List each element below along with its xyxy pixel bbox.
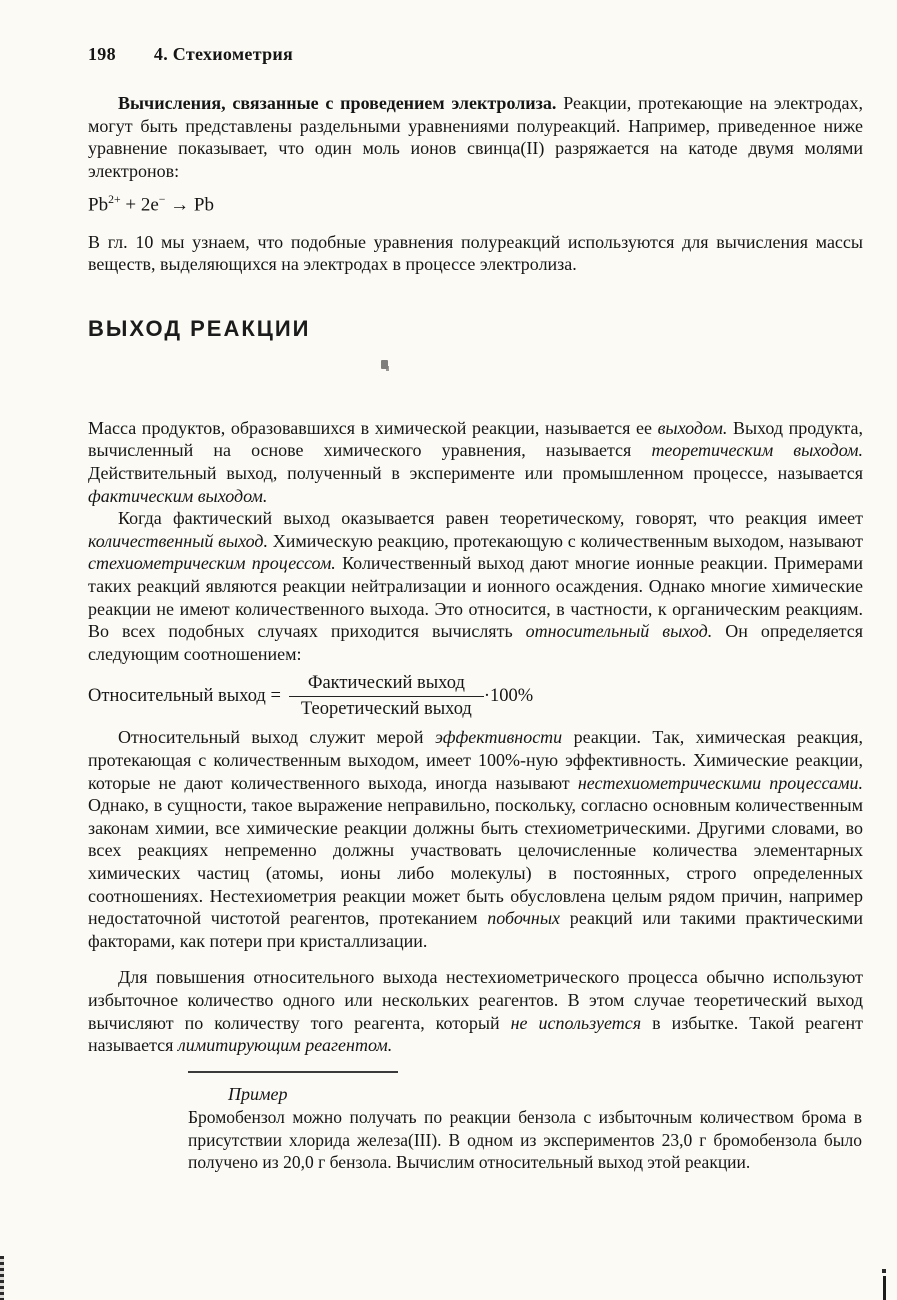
chapter-title: 4. Стехиометрия (154, 44, 293, 64)
page-number: 198 (88, 44, 116, 64)
section-heading-reaction-yield: ВЫХОД РЕАКЦИИ (88, 316, 863, 342)
paragraph-chapter10-note: В гл. 10 мы узнаем, что подобные уравнен… (88, 231, 863, 276)
half-reaction-equation: Pb2+ + 2e− → Pb (88, 187, 863, 218)
scan-artifact-left-edge (0, 1256, 4, 1300)
page-header: 1984. Стехиометрия (88, 44, 863, 65)
example-block: Пример Бромобензол можно получать по реа… (188, 1071, 862, 1174)
paragraph-limiting-reagent: Для повышения относительного выхода нест… (88, 966, 863, 1056)
formula-numerator: Фактический выход (289, 673, 484, 697)
paragraph-yield-definitions: Масса продуктов, образовавшихся в химиче… (88, 417, 863, 507)
page-content: 1984. Стехиометрия Вычисления, связанные… (88, 0, 863, 1173)
relative-yield-formula: Относительный выход = Фактический выход … (88, 673, 863, 720)
example-title: Пример (228, 1084, 862, 1105)
formula-lhs: Относительный выход = (88, 686, 281, 707)
example-text: Бромобензол можно получать по реакции бе… (188, 1106, 862, 1173)
paragraph-efficiency: Относительный выход служит мерой эффекти… (88, 726, 863, 952)
paragraph-quantitative-yield: Когда фактический выход оказывается раве… (88, 507, 863, 665)
example-divider (188, 1071, 398, 1074)
scan-artifact-smudge (381, 360, 388, 369)
book-page: 1984. Стехиометрия Вычисления, связанные… (0, 0, 897, 1300)
paragraph-electrolysis-calculations: Вычисления, связанные с проведением элек… (88, 92, 863, 182)
formula-fraction: Фактический выход Теоретический выход (289, 673, 484, 720)
scan-artifact-right-dot (882, 1269, 886, 1273)
scan-artifact-right-line (883, 1276, 886, 1300)
formula-denominator: Теоретический выход (289, 697, 484, 720)
formula-rhs: ·100% (484, 686, 533, 707)
